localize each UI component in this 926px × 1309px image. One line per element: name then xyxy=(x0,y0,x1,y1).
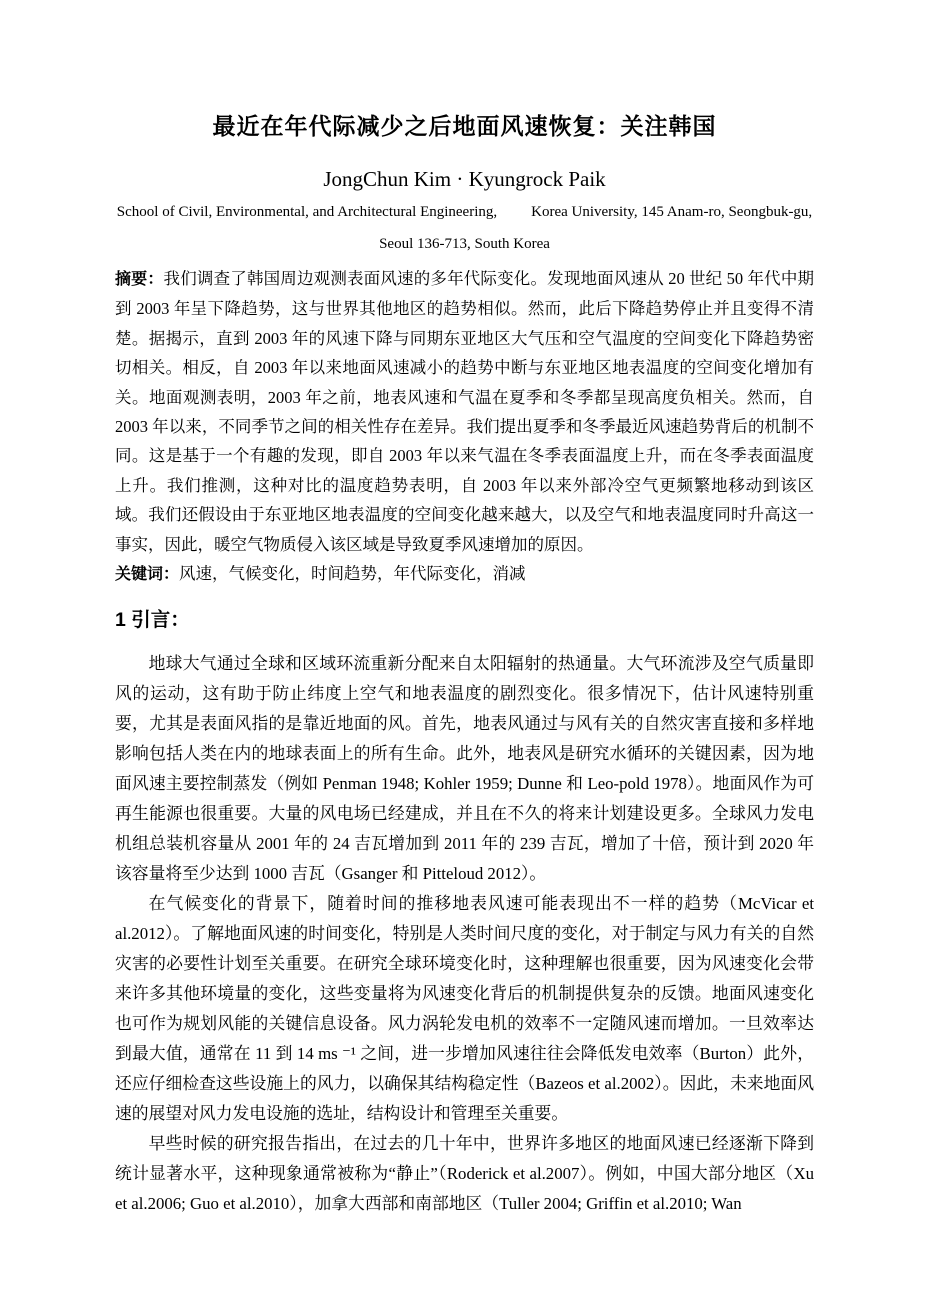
abstract-text: 我们调查了韩国周边观测表面风速的多年代际变化。发现地面风速从 20 世纪 50 … xyxy=(115,269,814,554)
keywords-text: 风速，气候变化，时间趋势，年代际变化，消减 xyxy=(179,564,526,583)
authors-line: JongChun Kim · Kyungrock Paik xyxy=(115,166,814,192)
keywords-line: 关键词：风速，气候变化，时间趋势，年代际变化，消减 xyxy=(115,559,814,589)
affiliation-line-1: School of Civil, Environmental, and Arch… xyxy=(115,201,814,224)
keywords-label: 关键词： xyxy=(115,566,179,583)
intro-paragraph-2: 在气候变化的背景下，随着时间的推移地表风速可能表现出不一样的趋势（McVicar… xyxy=(115,889,814,1129)
abstract-paragraph: 摘要：我们调查了韩国周边观测表面风速的多年代际变化。发现地面风速从 20 世纪 … xyxy=(115,264,814,559)
affiliation-university: Korea University, 145 Anam-ro, Seongbuk-… xyxy=(531,204,812,220)
section-heading-introduction: 1 引言： xyxy=(115,606,814,634)
intro-paragraph-3: 早些时候的研究报告指出，在过去的几十年中，世界许多地区的地面风速已经逐渐下降到统… xyxy=(115,1129,814,1219)
intro-paragraph-1: 地球大气通过全球和区域环流重新分配来自太阳辐射的热通量。大气环流涉及空气质量即风… xyxy=(115,649,814,889)
abstract-label: 摘要： xyxy=(115,271,164,288)
paper-title: 最近在年代际减少之后地面风速恢复：关注韩国 xyxy=(115,110,814,144)
document-page: 最近在年代际减少之后地面风速恢复：关注韩国 JongChun Kim · Kyu… xyxy=(0,0,926,1309)
affiliation-line-2: Seoul 136-713, South Korea xyxy=(115,233,814,256)
affiliation-school: School of Civil, Environmental, and Arch… xyxy=(117,204,497,220)
